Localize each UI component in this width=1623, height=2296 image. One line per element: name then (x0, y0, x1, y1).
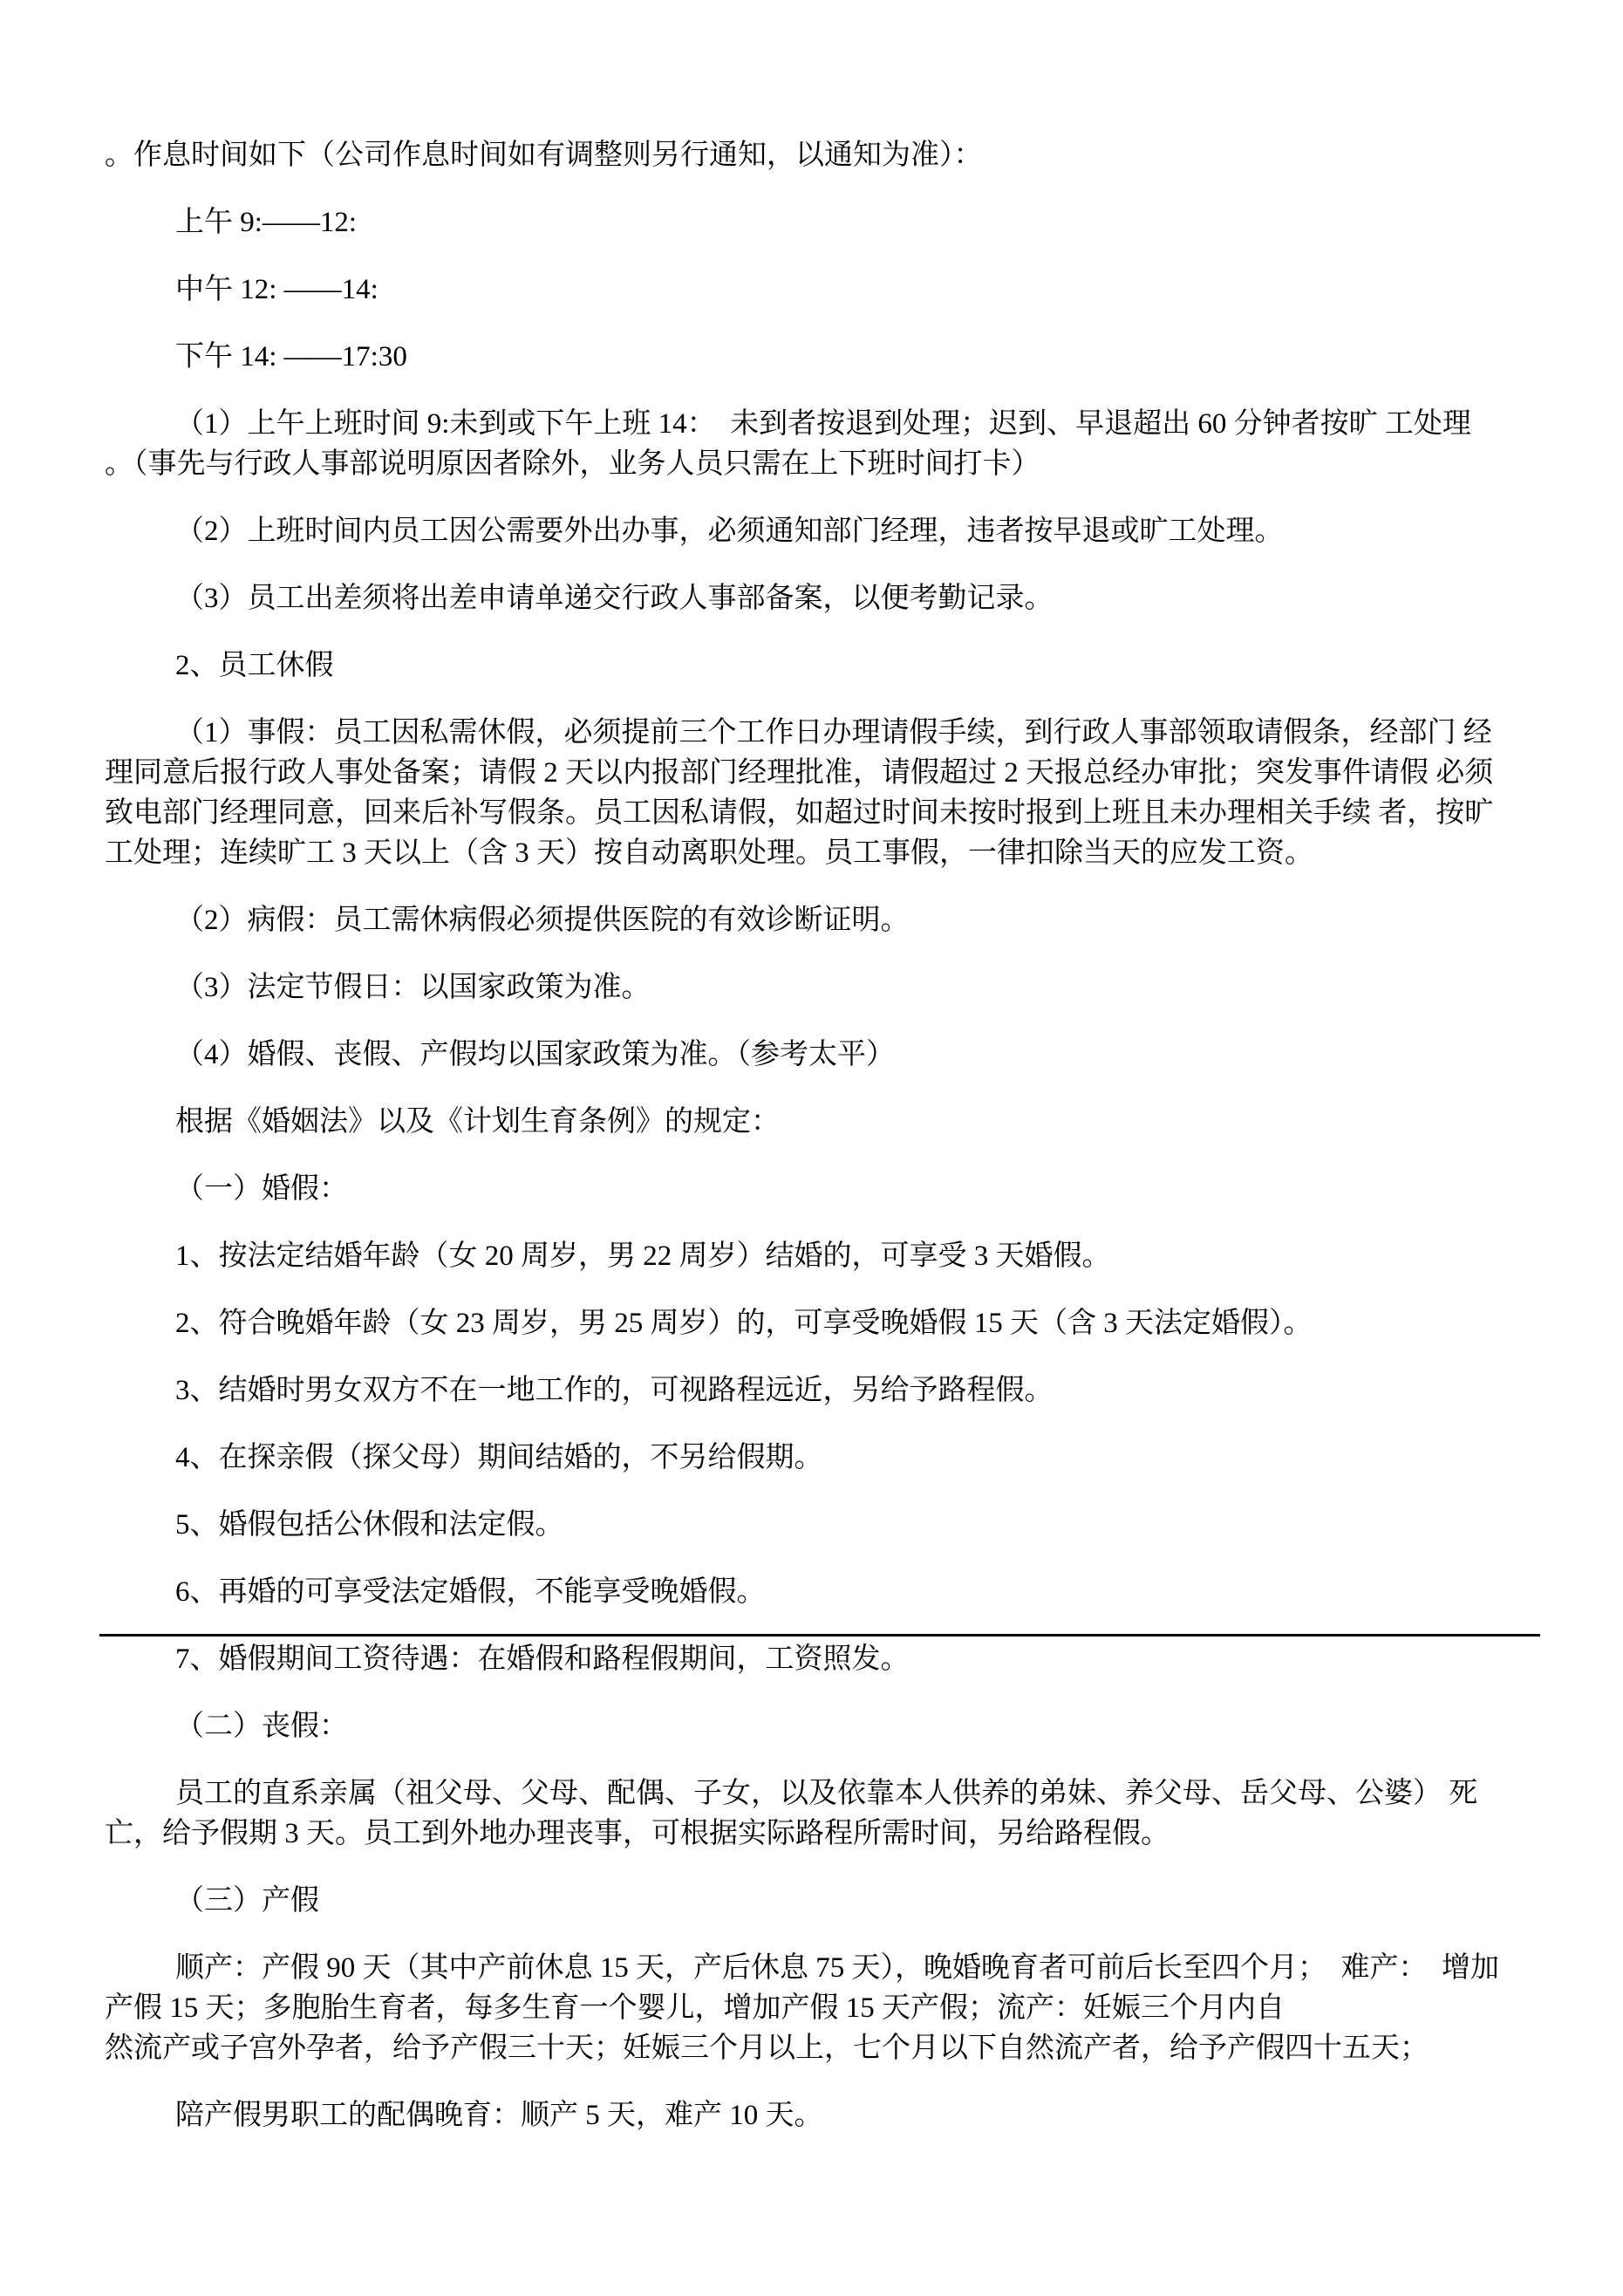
paragraph-afternoon-hours: 下午 14: ——17:30 (105, 337, 1553, 377)
paragraph-legal-basis: 根据《婚姻法》以及《计划生育条例》的规定： (105, 1102, 1553, 1142)
paragraph-noon-hours: 中午 12: ——14: (105, 270, 1553, 310)
paragraph-marriage-leave-6: 6、再婚的可享受法定婚假，不能享受晚婚假。 (105, 1572, 1553, 1612)
paragraph-marriage-leave-7: 7、婚假期间工资待遇：在婚假和路程假期间，工资照发。 (105, 1639, 1553, 1679)
paragraph-leave-rule-4-other: （4）婚假、丧假、产假均以国家政策为准。（参考太平） (105, 1035, 1553, 1075)
paragraph-marriage-leave-3: 3、结婚时男女双方不在一地工作的，可视路程远近，另给予路程假。 (105, 1370, 1553, 1411)
paragraph-leave-rule-3-holiday: （3）法定节假日：以国家政策为准。 (105, 967, 1553, 1008)
paragraph-leave-rule-2-sick: （2）病假：员工需休病假必须提供医院的有效诊断证明。 (105, 900, 1553, 940)
paragraph-maternity-leave-title: （三）产假 (105, 1881, 1553, 1921)
paragraph-marriage-leave-title: （一）婚假： (105, 1169, 1553, 1209)
paragraph-attendance-rule-2: （2）上班时间内员工因公需要外出办事，必须通知部门经理，违者按早退或旷工处理。 (105, 511, 1553, 551)
paragraph-leave-rule-1-personal: （1）事假：员工因私需休假，必须提前三个工作日办理请假手续，到行政人事部领取请假… (105, 713, 1553, 873)
paragraph-paternity-leave: 陪产假男职工的配偶晚育：顺产 5 天，难产 10 天。 (105, 2095, 1553, 2135)
paragraph-marriage-leave-1: 1、按法定结婚年龄（女 20 周岁，男 22 周岁）结婚的，可享受 3 天婚假。 (105, 1236, 1553, 1276)
paragraph-marriage-leave-4: 4、在探亲假（探父母）期间结婚的，不另给假期。 (105, 1438, 1553, 1478)
paragraph-marriage-leave-2: 2、符合晚婚年龄（女 23 周岁，男 25 周岁）的，可享受晚婚假 15 天（含… (105, 1303, 1553, 1343)
paragraph-funeral-leave-body: 员工的直系亲属（祖父母、父母、配偶、子女，以及依靠本人供养的弟妹、养父母、岳父母… (105, 1773, 1553, 1854)
paragraph-maternity-leave-body: 顺产：产假 90 天（其中产前休息 15 天，产后休息 75 天），晚婚晚育者可… (105, 1948, 1553, 2068)
paragraph-funeral-leave-title: （二）丧假： (105, 1706, 1553, 1746)
document-page: 。作息时间如下（公司作息时间如有调整则另行通知，以通知为准）：上午 9:——12… (0, 0, 1623, 2296)
page-divider (99, 1634, 1540, 1637)
paragraph-attendance-rule-3: （3）员工出差须将出差申请单递交行政人事部备案，以便考勤记录。 (105, 578, 1553, 618)
paragraph-morning-hours: 上午 9:——12: (105, 202, 1553, 243)
paragraph-marriage-leave-5: 5、婚假包括公休假和法定假。 (105, 1505, 1553, 1545)
paragraph-work-hours-intro: 。作息时间如下（公司作息时间如有调整则另行通知，以通知为准）： (105, 135, 1553, 175)
paragraph-attendance-rule-1: （1）上午上班时间 9:未到或下午上班 14： 未到者按退到处理；迟到、早退超出… (105, 404, 1553, 484)
paragraph-section-2-title: 2、员工休假 (105, 646, 1553, 686)
